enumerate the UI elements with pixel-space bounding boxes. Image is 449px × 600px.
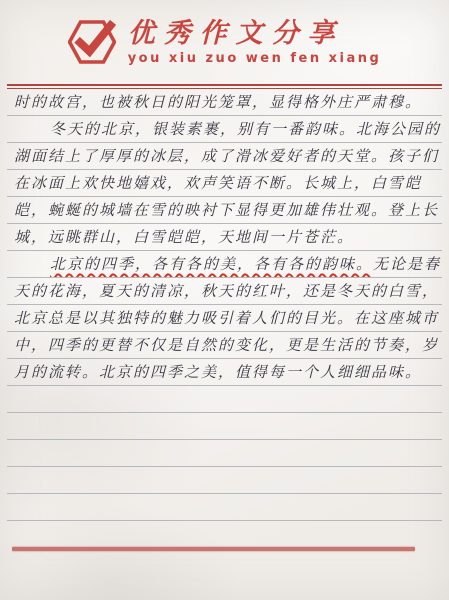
logo-pinyin: you xiu zuo wen fen xiang	[128, 51, 382, 66]
empty-ruled-line	[7, 440, 442, 467]
essay-line: 湖面结上了厚厚的冰层，成了滑冰爱好者的天堂。孩子们	[7, 143, 442, 170]
essay-line-text-rest: 无论是春	[373, 255, 441, 273]
essay-line: 月的流转。北京的四季之美，值得每一个人细细品味。	[7, 359, 442, 386]
empty-ruled-line	[7, 494, 442, 521]
empty-ruled-line	[7, 413, 442, 440]
essay-line-text: 皑，蜿蜒的城墙在雪的映衬下显得更加雄伟壮观。登上长	[7, 199, 442, 223]
notebook-page: 优秀作文分享 you xiu zuo wen fen xiang 时的故宫，也被…	[0, 0, 449, 600]
essay-line-text: 天的花海，夏天的清凉，秋天的红叶，还是冬天的白雪，	[7, 280, 442, 304]
essay-line-text: 城，远眺群山，白雪皑皑，天地间一片苍茫。	[7, 226, 442, 250]
header: 优秀作文分享 you xiu zuo wen fen xiang	[0, 0, 449, 84]
essay-line-text: 湖面结上了厚厚的冰层，成了滑冰爱好者的天堂。孩子们	[7, 145, 442, 169]
empty-ruled-line	[7, 386, 442, 413]
essay-body: 时的故宫，也被秋日的阳光笼罩，显得格外庄严肃穆。 冬天的北京，银装素裹，别有一番…	[7, 89, 442, 521]
essay-line: 天的花海，夏天的清凉，秋天的红叶，还是冬天的白雪，	[7, 278, 442, 305]
essay-line-text: 冬天的北京，银装素裹，别有一番韵味。北海公园的	[7, 118, 442, 142]
essay-line: 时的故宫，也被秋日的阳光笼罩，显得格外庄严肃穆。	[7, 89, 442, 116]
empty-ruled-line	[7, 467, 442, 494]
essay-line: 中，四季的更替不仅是自然的变化，更是生活的节奏，岁	[7, 332, 442, 359]
essay-line: 北京总是以其独特的魅力吸引着人们的目光。在这座城市	[7, 305, 442, 332]
essay-line: 城，远眺群山，白雪皑皑，天地间一片苍茫。	[7, 224, 442, 251]
logo-text: 优秀作文分享 you xiu zuo wen fen xiang	[128, 19, 382, 66]
essay-line: 北京的四季，各有各的美，各有各的韵味。无论是春	[7, 251, 442, 278]
essay-line: 冬天的北京，银装素裹，别有一番韵味。北海公园的	[7, 116, 442, 143]
essay-line: 皑，蜿蜒的城墙在雪的映衬下显得更加雄伟壮观。登上长	[7, 197, 442, 224]
essay-line-text: 在冰面上欢快地嬉戏，欢声笑语不断。长城上，白雪皑	[7, 172, 442, 196]
wavy-underlined-text: 北京的四季，各有各的美，各有各的韵味。	[50, 255, 373, 273]
logo-title: 优秀作文分享	[128, 19, 382, 49]
essay-line-text: 月的流转。北京的四季之美，值得每一个人细细品味。	[7, 361, 442, 385]
essay-line-text: 时的故宫，也被秋日的阳光笼罩，显得格外庄严肃穆。	[7, 91, 442, 115]
essay-line: 在冰面上欢快地嬉戏，欢声笑语不断。长城上，白雪皑	[7, 170, 442, 197]
footer-rule	[12, 547, 415, 551]
hexagon-checkmark-icon	[68, 18, 116, 66]
essay-line-text: 北京总是以其独特的魅力吸引着人们的目光。在这座城市	[7, 307, 442, 331]
essay-line-text: 中，四季的更替不仅是自然的变化，更是生活的节奏，岁	[7, 334, 442, 358]
logo: 优秀作文分享 you xiu zuo wen fen xiang	[0, 18, 449, 66]
essay-line-text: 北京的四季，各有各的美，各有各的韵味。无论是春	[7, 253, 442, 277]
